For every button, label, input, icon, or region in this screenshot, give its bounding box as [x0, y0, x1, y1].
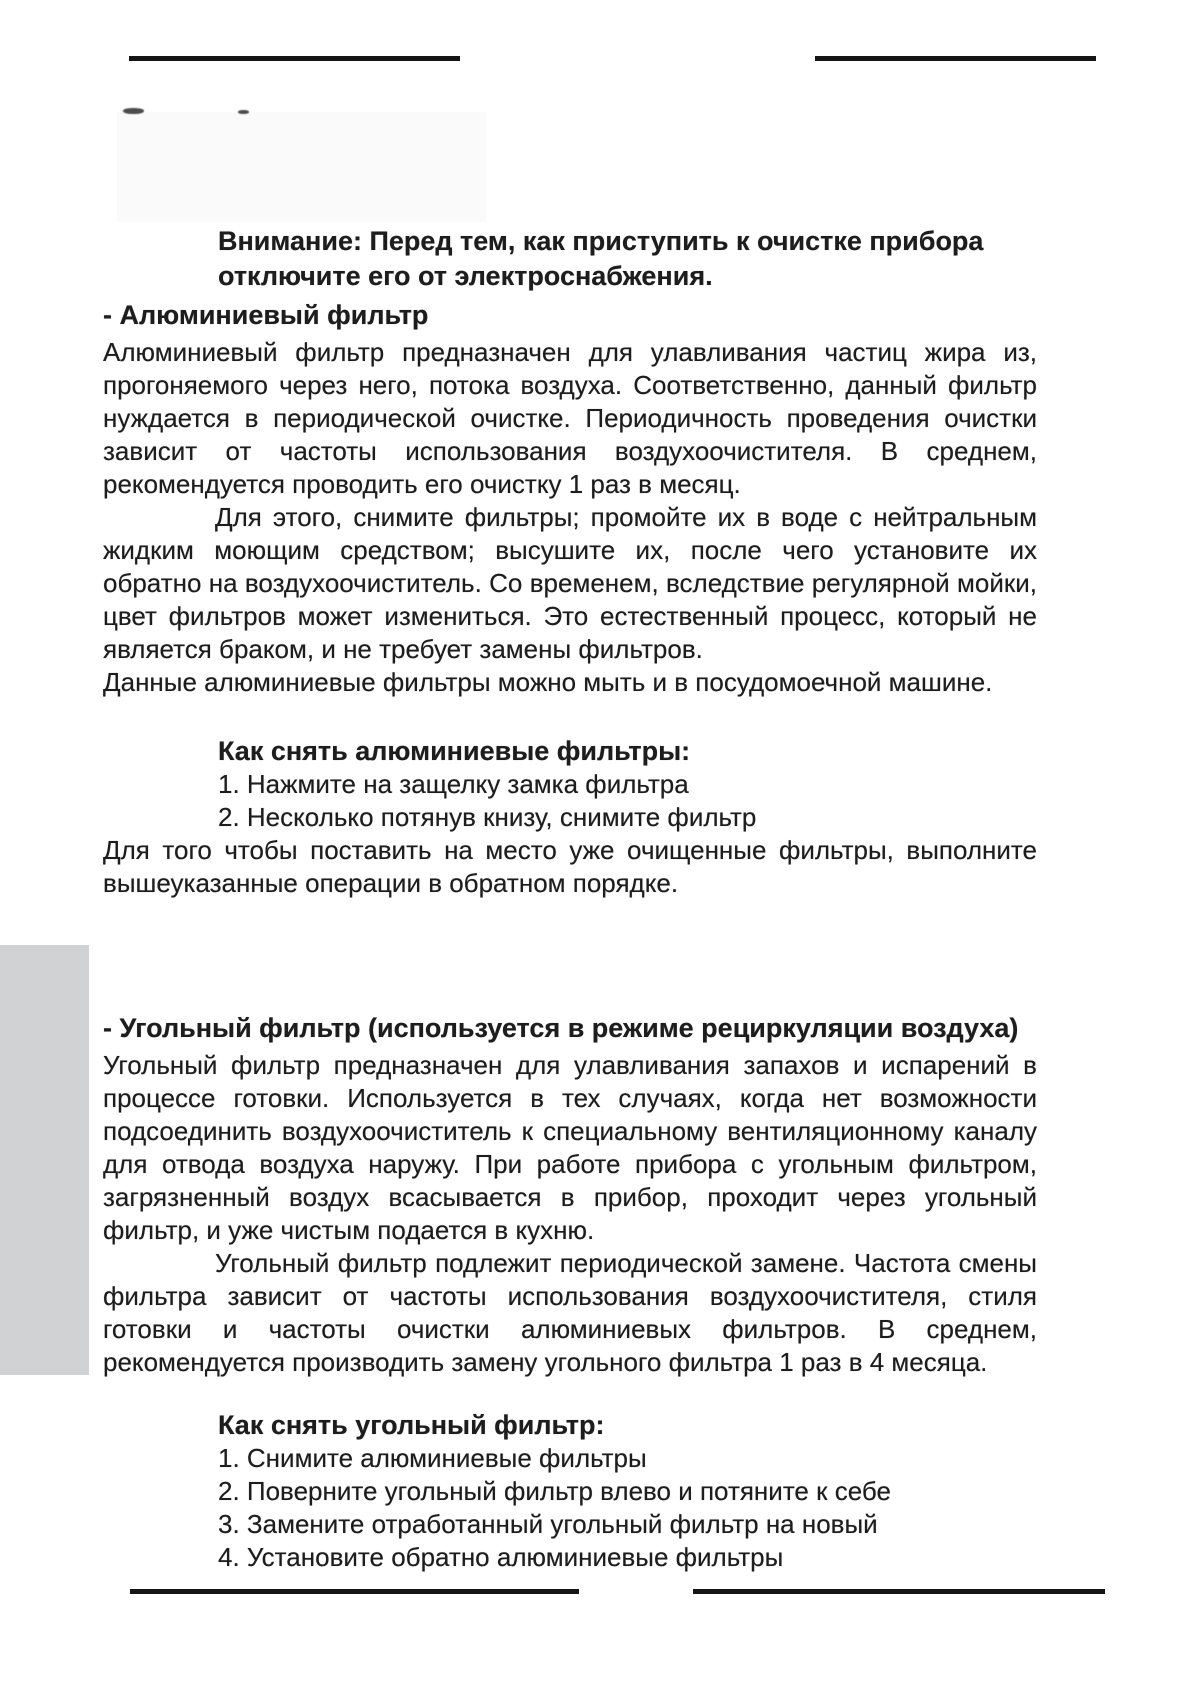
step-item: 4. Установите обратно алюминиевые фильтр…: [218, 1541, 1037, 1574]
paragraph: Для этого, снимите фильтры; промойте их …: [103, 501, 1037, 666]
paragraph: Данные алюминиевые фильтры можно мыть и …: [103, 666, 1037, 699]
left-margin-gray-block: [0, 945, 89, 1375]
erased-text-fragment: [238, 110, 249, 114]
header-rule-right: [815, 56, 1096, 61]
paragraph: Угольный фильтр предназначен для улавлив…: [103, 1049, 1037, 1247]
header-rule-left: [129, 56, 460, 61]
erased-heading-region: [117, 112, 486, 222]
footer-rule-right: [693, 1589, 1105, 1594]
section-heading: - Угольный фильтр (используется в режиме…: [103, 1012, 1037, 1045]
warning-text: Внимание: Перед тем, как приступить к оч…: [218, 224, 1040, 294]
steps-list: 1. Снимите алюминиевые фильтры 2. Поверн…: [218, 1442, 1037, 1574]
step-item: 2. Несколько потянув книзу, снимите филь…: [218, 801, 1037, 834]
footer-rule-left: [130, 1589, 579, 1594]
section-aluminium-filter: - Алюминиевый фильтр Алюминиевый фильтр …: [103, 299, 1037, 900]
subheading-how-to-remove-carbon-filter: Как снять угольный фильтр:: [218, 1409, 1037, 1442]
step-item: 2. Поверните угольный фильтр влево и пот…: [218, 1475, 1037, 1508]
step-item: 1. Снимите алюминиевые фильтры: [218, 1442, 1037, 1475]
paragraph: Угольный фильтр подлежит периодической з…: [103, 1247, 1037, 1379]
paragraph: Для того чтобы поставить на место уже оч…: [103, 834, 1037, 900]
document-page: Внимание: Перед тем, как приступить к оч…: [0, 0, 1191, 1684]
step-item: 3. Замените отработанный угольный фильтр…: [218, 1508, 1037, 1541]
erased-text-fragment: [123, 108, 144, 114]
section-heading: - Алюминиевый фильтр: [103, 299, 1037, 332]
paragraph: Алюминиевый фильтр предназначен для улав…: [103, 336, 1037, 501]
section-carbon-filter: - Угольный фильтр (используется в режиме…: [103, 1012, 1037, 1574]
subheading-how-to-remove-aluminium-filters: Как снять алюминиевые фильтры:: [218, 735, 1037, 768]
steps-list: 1. Нажмите на защелку замка фильтра 2. Н…: [218, 768, 1037, 834]
step-item: 1. Нажмите на защелку замка фильтра: [218, 768, 1037, 801]
